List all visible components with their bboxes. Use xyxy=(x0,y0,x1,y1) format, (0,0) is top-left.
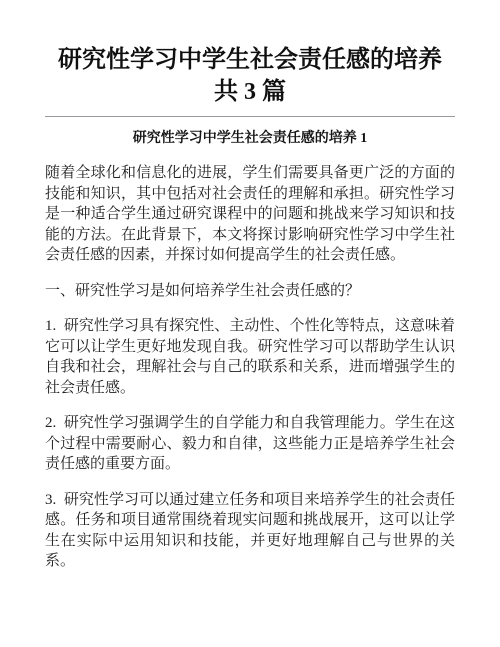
document-title-line2: 共 3 篇 xyxy=(45,76,455,108)
article-heading: 研究性学习中学生社会责任感的培养 1 xyxy=(45,130,455,148)
numbered-item-1: 1. 研究性学习具有探究性、主动性、个性化等特点，这意味着它可以让学生更好地发现… xyxy=(45,316,455,398)
section-subheading: 一、研究性学习是如何培养学生社会责任感的？ xyxy=(45,281,455,302)
document-title-line1: 研究性学习中学生社会责任感的培养 xyxy=(45,44,455,76)
numbered-item-2: 2. 研究性学习强调学生的自学能力和自我管理能力。学生在这个过程中需要耐心、毅力… xyxy=(45,413,455,475)
title-divider xyxy=(45,116,455,117)
intro-paragraph: 随着全球化和信息化的进展，学生们需要具备更广泛的方面的技能和知识，其中包括对社会… xyxy=(45,163,455,266)
document-page: 研究性学习中学生社会责任感的培养 共 3 篇 研究性学习中学生社会责任感的培养 … xyxy=(0,0,500,647)
document-title: 研究性学习中学生社会责任感的培养 共 3 篇 xyxy=(45,44,455,108)
numbered-item-3: 3. 研究性学习可以通过建立任务和项目来培养学生的社会责任感。任务和项目通常围绕… xyxy=(45,490,455,572)
